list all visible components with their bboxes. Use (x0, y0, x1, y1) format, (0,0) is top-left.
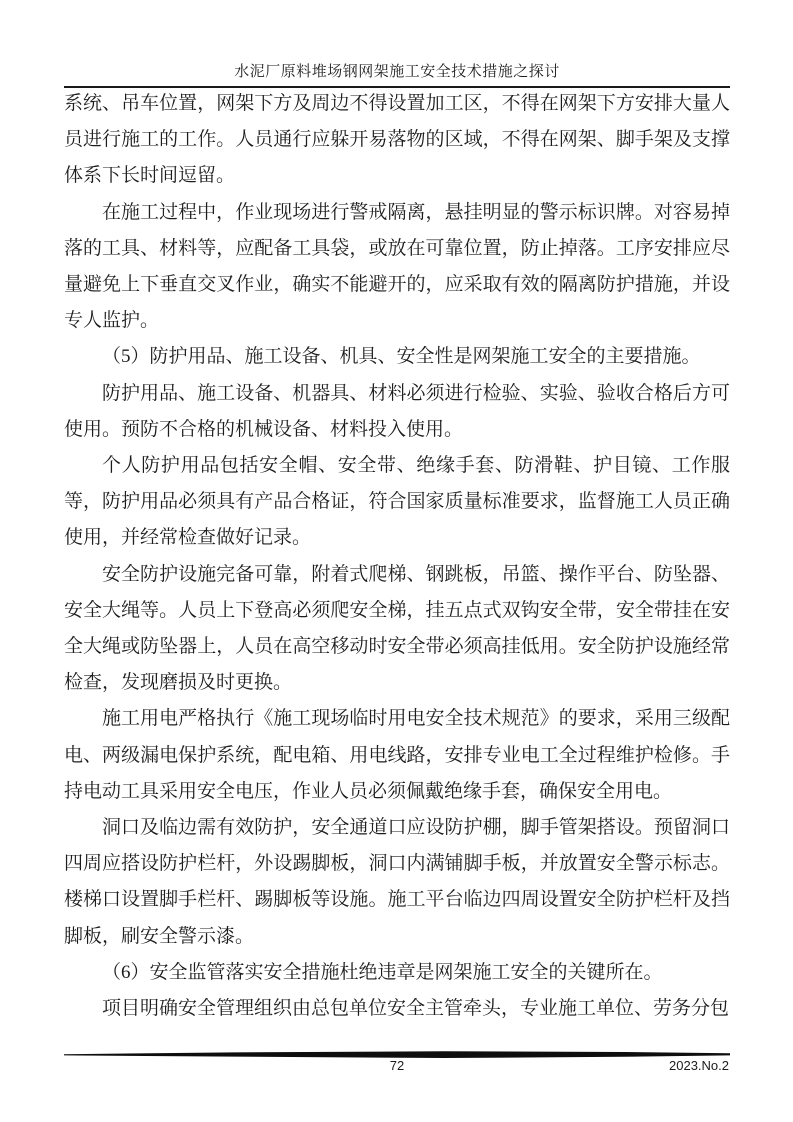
paragraph: 洞口及临边需有效防护，安全通道口应设防护棚，脚手管架搭设。预留洞口四周应搭设防护… (64, 810, 730, 955)
paragraph: 系统、吊车位置，网架下方及周边不得设置加工区，不得在网架下方安排大量人员进行施工… (64, 86, 730, 195)
body-text: 系统、吊车位置，网架下方及周边不得设置加工区，不得在网架下方安排大量人员进行施工… (64, 86, 730, 1027)
paragraph: （6）安全监管落实安全措施杜绝违章是网架施工安全的关键所在。 (64, 955, 730, 991)
paragraph: 项目明确安全管理组织由总包单位安全主管牵头，专业施工单位、劳务分包 (64, 991, 730, 1027)
page-number: 72 (64, 1058, 730, 1073)
paragraph: 防护用品、施工设备、机器具、材料必须进行检验、实验、验收合格后方可使用。预防不合… (64, 376, 730, 448)
page-header: 水泥厂原料堆场钢网架施工安全技术措施之探讨 (64, 60, 730, 84)
paragraph: 施工用电严格执行《施工现场临时用电安全技术规范》的要求，采用三级配电、两级漏电保… (64, 701, 730, 810)
running-head-title: 水泥厂原料堆场钢网架施工安全技术措施之探讨 (64, 60, 730, 84)
paragraph: 在施工过程中，作业现场进行警戒隔离，悬挂明显的警示标识牌。对容易掉落的工具、材料… (64, 195, 730, 340)
paragraph: 安全防护设施完备可靠，附着式爬梯、钢跳板，吊篮、操作平台、防坠器、安全大绳等。人… (64, 557, 730, 702)
issue-label: 2023.No.2 (669, 1058, 729, 1073)
paragraph: 个人防护用品包括安全帽、安全带、绝缘手套、防滑鞋、护目镜、工作服等，防护用品必须… (64, 448, 730, 557)
document-page: 水泥厂原料堆场钢网架施工安全技术措施之探讨 系统、吊车位置，网架下方及周边不得设… (0, 0, 793, 1122)
paragraph: （5）防护用品、施工设备、机具、安全性是网架施工安全的主要措施。 (64, 339, 730, 375)
